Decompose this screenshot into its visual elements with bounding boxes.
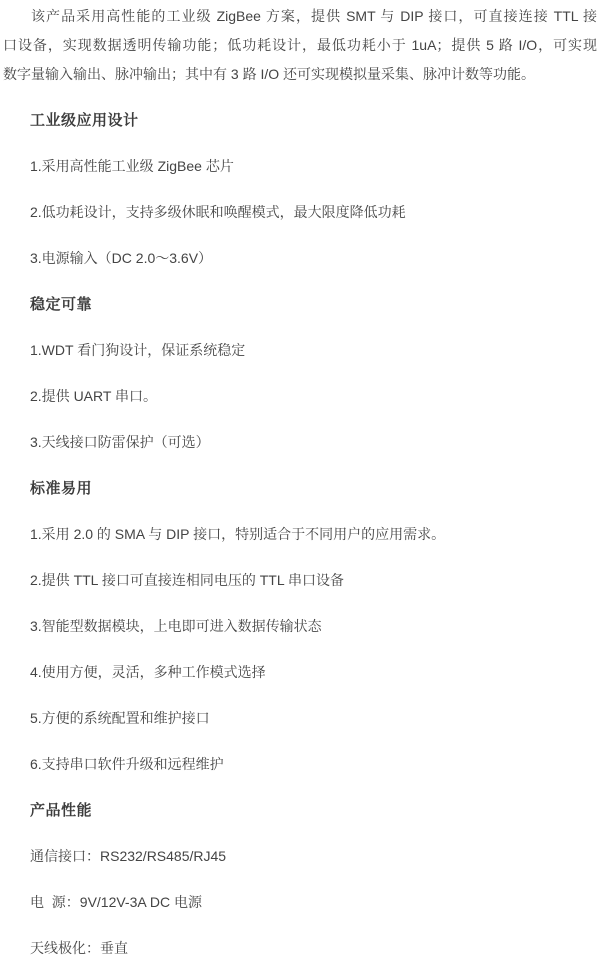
feature-item-standard-6: 6.支持串口软件升级和远程维护 [3,750,597,779]
feature-item-standard-5: 5.方便的系统配置和维护接口 [3,704,597,733]
feature-item-stability-1: 1.WDT 看门狗设计，保证系统稳定 [3,336,597,365]
intro-line-2: 口设备，实现数据透明传输功能；低功耗设计，最低功耗小于 1uA；提供 5 路 I… [3,31,597,60]
feature-item-industrial-2: 2.低功耗设计，支持多级休眠和唤醒模式，最大限度降低功耗 [3,198,597,227]
feature-item-industrial-1: 1.采用高性能工业级 ZigBee 芯片 [3,152,597,181]
feature-item-stability-2: 2.提供 UART 串口。 [3,382,597,411]
section-heading-stability: 稳定可靠 [3,290,597,319]
intro-line-1: 该产品采用高性能的工业级 ZigBee 方案，提供 SMT 与 DIP 接口，可… [3,2,597,31]
spec-line-power: 电 源：9V/12V-3A DC 电源 [3,888,597,917]
intro-line-3: 数字量输入输出、脉冲输出；其中有 3 路 I/O 还可实现模拟量采集、脉冲计数等… [3,60,597,89]
spec-line-antenna-polarization: 天线极化：垂直 [3,934,597,963]
feature-item-stability-3: 3.天线接口防雷保护（可选） [3,428,597,457]
section-heading-product-performance: 产品性能 [3,796,597,825]
feature-item-standard-3: 3.智能型数据模块，上电即可进入数据传输状态 [3,612,597,641]
spec-line-comm-interface: 通信接口：RS232/RS485/RJ45 [3,842,597,871]
feature-item-standard-1: 1.采用 2.0 的 SMA 与 DIP 接口，特别适合于不同用户的应用需求。 [3,520,597,549]
feature-item-industrial-3: 3.电源输入（DC 2.0～3.6V） [3,244,597,273]
section-heading-standard-easy-use: 标准易用 [3,474,597,503]
product-description-page: 该产品采用高性能的工业级 ZigBee 方案，提供 SMT 与 DIP 接口，可… [0,0,600,973]
feature-item-standard-4: 4.使用方便，灵活，多种工作模式选择 [3,658,597,687]
section-heading-industrial-design: 工业级应用设计 [3,106,597,135]
intro-paragraph: 该产品采用高性能的工业级 ZigBee 方案，提供 SMT 与 DIP 接口，可… [3,2,597,89]
feature-item-standard-2: 2.提供 TTL 接口可直接连相同电压的 TTL 串口设备 [3,566,597,595]
